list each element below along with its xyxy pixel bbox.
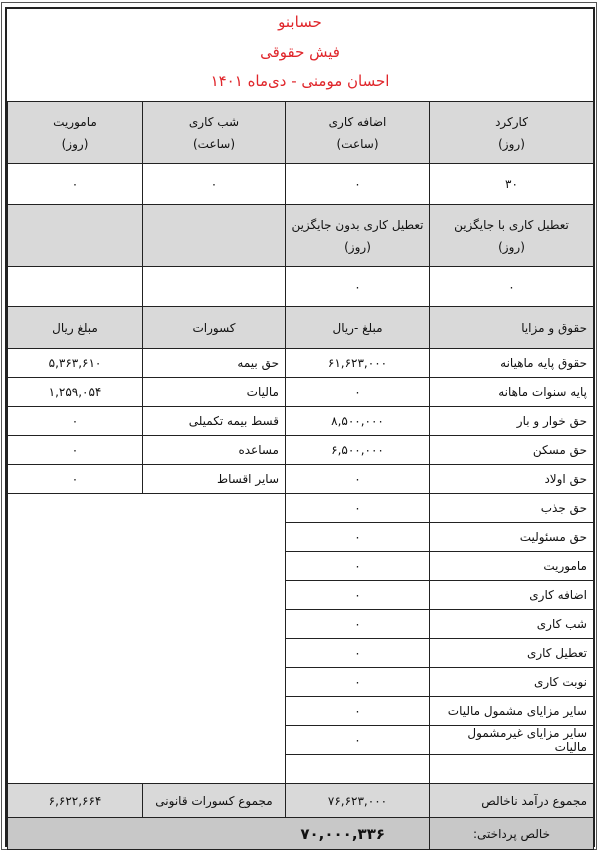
earnings-amount-header: مبلغ -ریال — [286, 307, 430, 349]
header-overtime: اضافه کاری(ساعت) — [286, 102, 430, 164]
empty-value-2 — [8, 267, 143, 307]
holiday-without-substitute-value: ۰ — [286, 267, 430, 307]
deduction-label: مالیات — [143, 378, 286, 407]
header-mission: ماموریت(روز) — [8, 102, 143, 164]
earning-amount: ۰ — [286, 697, 430, 726]
deduction-label: حق بیمه — [143, 349, 286, 378]
payslip-document: حسابنو فیش حقوقی احسان مومنی - دی‌ماه ۱۴… — [5, 7, 595, 847]
net-pay-label: خالص پرداختی: — [430, 818, 594, 850]
attendance-header-row: کارکرد(روز) اضافه کاری(ساعت) شب کاری(ساع… — [8, 102, 594, 164]
pay-row: حق جذب ۰ — [8, 494, 594, 523]
deduction-amount: ۰ — [8, 465, 143, 494]
holiday-values-row: ۰ ۰ — [8, 267, 594, 307]
earning-amount: ۰ — [286, 668, 430, 697]
earning-amount: ۶,۵۰۰,۰۰۰ — [286, 436, 430, 465]
earning-label: تعطیل کاری — [430, 639, 594, 668]
earning-label: پایه سنوات ماهانه — [430, 378, 594, 407]
deductions-total-label: مجموع کسورات قانونی — [143, 784, 286, 818]
holiday-header-row: تعطیل کاری با جایگزین(روز) تعطیل کاری بد… — [8, 205, 594, 267]
header-night-work: شب کاری(ساعت) — [143, 102, 286, 164]
earning-label: شب کاری — [430, 610, 594, 639]
pay-row: حق مسکن ۶,۵۰۰,۰۰۰ مساعده ۰ — [8, 436, 594, 465]
earning-amount: ۰ — [286, 726, 430, 755]
earning-amount: ۶۱,۶۲۳,۰۰۰ — [286, 349, 430, 378]
pay-row: حق خوار و بار ۸,۵۰۰,۰۰۰ قسط بیمه تکمیلی … — [8, 407, 594, 436]
overtime-value: ۰ — [286, 164, 430, 205]
deductions-total-value: ۶,۶۲۲,۶۶۴ — [8, 784, 143, 818]
payslip-grid: کارکرد(روز) اضافه کاری(ساعت) شب کاری(ساع… — [7, 101, 593, 850]
earning-label: حق اولاد — [430, 465, 594, 494]
earning-amount: ۰ — [286, 581, 430, 610]
pay-row: حق اولاد ۰ سایر اقساط ۰ — [8, 465, 594, 494]
header-empty-2 — [8, 205, 143, 267]
attendance-values-row: ۳۰ ۰ ۰ ۰ — [8, 164, 594, 205]
deduction-amount: ۵,۳۶۳,۶۱۰ — [8, 349, 143, 378]
mission-value: ۰ — [8, 164, 143, 205]
earning-amount: ۸,۵۰۰,۰۰۰ — [286, 407, 430, 436]
empty-value-1 — [143, 267, 286, 307]
earning-label: حق مسکن — [430, 436, 594, 465]
deduction-amount: ۱,۲۵۹,۰۵۴ — [8, 378, 143, 407]
earning-amount: ۰ — [286, 378, 430, 407]
holiday-with-substitute-value: ۰ — [430, 267, 594, 307]
earning-amount: ۰ — [286, 494, 430, 523]
totals-row: مجموع درآمد ناخالص ۷۶,۶۲۳,۰۰۰ مجموع کسور… — [8, 784, 594, 818]
night-work-value: ۰ — [143, 164, 286, 205]
deduction-amount: ۰ — [8, 407, 143, 436]
earning-label: ماموریت — [430, 552, 594, 581]
pay-row: حقوق پایه ماهیانه ۶۱,۶۲۳,۰۰۰ حق بیمه ۵,۳… — [8, 349, 594, 378]
earning-label — [430, 755, 594, 784]
earnings-header: حقوق و مزایا — [430, 307, 594, 349]
earning-label: حق مسئولیت — [430, 523, 594, 552]
header-holiday-without-substitute: تعطیل کاری بدون جایگزین(روز) — [286, 205, 430, 267]
deductions-header: کسورات — [143, 307, 286, 349]
company-name: حسابنو — [7, 13, 593, 31]
pay-row: پایه سنوات ماهانه ۰ مالیات ۱,۲۵۹,۰۵۴ — [8, 378, 594, 407]
pay-header-row: حقوق و مزایا مبلغ -ریال کسورات مبلغ ریال — [8, 307, 594, 349]
earning-amount: ۰ — [286, 465, 430, 494]
gross-total-value: ۷۶,۶۲۳,۰۰۰ — [286, 784, 430, 818]
deduction-amount: ۰ — [8, 436, 143, 465]
deduction-label: مساعده — [143, 436, 286, 465]
net-pay-row: خالص پرداختی: ۷۰,۰۰۰,۳۳۶ — [8, 818, 594, 850]
header-work-days: کارکرد(روز) — [430, 102, 594, 164]
net-pay-value: ۷۰,۰۰۰,۳۳۶ — [8, 818, 430, 850]
earning-amount: ۰ — [286, 610, 430, 639]
deductions-blank-area — [8, 494, 286, 784]
earning-amount: ۰ — [286, 552, 430, 581]
earning-amount — [286, 755, 430, 784]
earning-amount: ۰ — [286, 639, 430, 668]
document-title: فیش حقوقی — [7, 43, 593, 61]
earning-amount: ۰ — [286, 523, 430, 552]
earning-label: سایر مزایای مشمول مالیات — [430, 697, 594, 726]
deduction-label: سایر اقساط — [143, 465, 286, 494]
work-days-value: ۳۰ — [430, 164, 594, 205]
earning-label: نوبت کاری — [430, 668, 594, 697]
deductions-amount-header: مبلغ ریال — [8, 307, 143, 349]
deduction-label: قسط بیمه تکمیلی — [143, 407, 286, 436]
earning-label: حق خوار و بار — [430, 407, 594, 436]
employee-period: احسان مومنی - دی‌ماه ۱۴۰۱ — [7, 72, 593, 90]
earning-label: حقوق پایه ماهیانه — [430, 349, 594, 378]
header-holiday-with-substitute: تعطیل کاری با جایگزین(روز) — [430, 205, 594, 267]
header-empty-1 — [143, 205, 286, 267]
earning-label: سایر مزایای غیرمشمول مالیات — [430, 726, 594, 755]
earning-label: حق جذب — [430, 494, 594, 523]
gross-total-label: مجموع درآمد ناخالص — [430, 784, 594, 818]
earning-label: اضافه کاری — [430, 581, 594, 610]
